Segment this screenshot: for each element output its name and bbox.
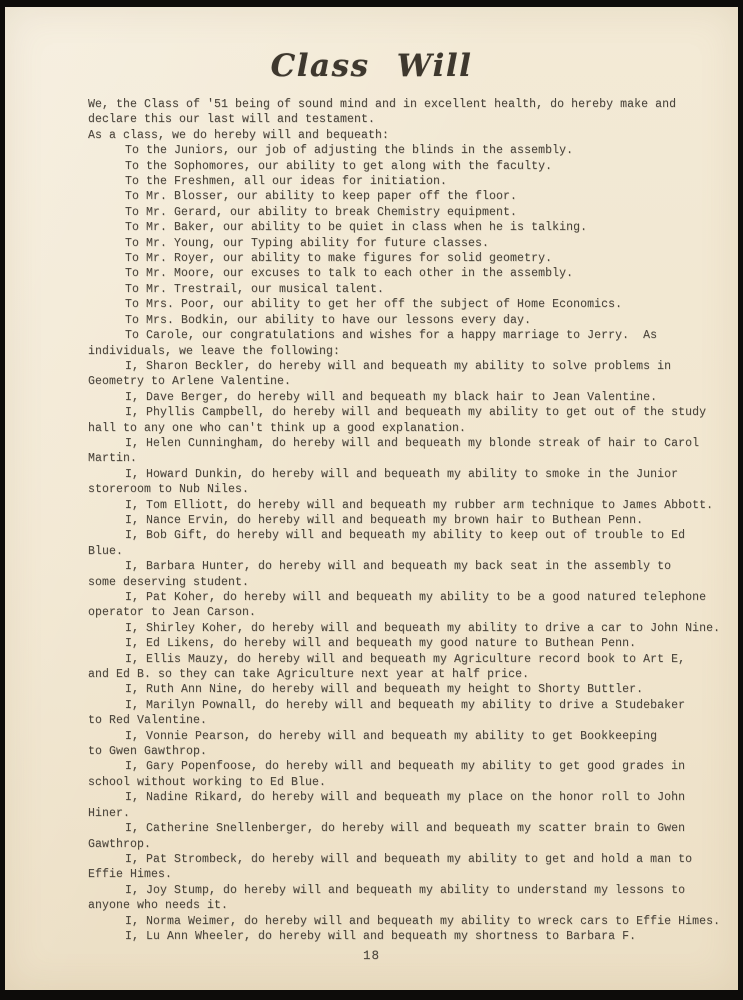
- paragraph: To Mr. Young, our Typing ability for fut…: [88, 236, 680, 251]
- text-line: I, Lu Ann Wheeler, do hereby will and be…: [88, 929, 680, 944]
- text-line: hall to any one who can't think up a goo…: [88, 421, 680, 436]
- text-line: To Mr. Moore, our excuses to talk to eac…: [88, 266, 680, 281]
- text-line: Effie Himes.: [88, 867, 680, 882]
- paragraph: To Mrs. Poor, our ability to get her off…: [88, 297, 680, 312]
- document-page: Class Will We, the Class of '51 being of…: [0, 0, 743, 1000]
- text-line: I, Tom Elliott, do hereby will and beque…: [88, 498, 680, 513]
- text-line: I, Phyllis Campbell, do hereby will and …: [88, 405, 680, 420]
- paragraph: I, Gary Popenfoose, do hereby will and b…: [88, 759, 680, 790]
- paragraph: To the Juniors, our job of adjusting the…: [88, 143, 680, 158]
- text-line: To the Sophomores, our ability to get al…: [88, 159, 680, 174]
- text-line: To Carole, our congratulations and wishe…: [88, 328, 680, 343]
- paragraph: To the Freshmen, all our ideas for initi…: [88, 174, 680, 189]
- text-line: I, Joy Stump, do hereby will and bequeat…: [88, 883, 680, 898]
- page-number: 18: [5, 949, 738, 963]
- text-line: I, Ellis Mauzy, do hereby will and beque…: [88, 652, 680, 667]
- page-title: Class Will: [5, 48, 738, 84]
- text-line: I, Nadine Rikard, do hereby will and beq…: [88, 790, 680, 805]
- text-line: To Mr. Blosser, our ability to keep pape…: [88, 189, 680, 204]
- text-line: I, Gary Popenfoose, do hereby will and b…: [88, 759, 680, 774]
- paragraph: I, Marilyn Pownall, do hereby will and b…: [88, 698, 680, 729]
- text-line: Hiner.: [88, 806, 680, 821]
- paragraph: I, Vonnie Pearson, do hereby will and be…: [88, 729, 680, 760]
- text-line: I, Barbara Hunter, do hereby will and be…: [88, 559, 680, 574]
- paragraph: As a class, we do hereby will and bequea…: [88, 128, 680, 143]
- text-line: to Gwen Gawthrop.: [88, 744, 680, 759]
- text-line: To Mr. Royer, our ability to make figure…: [88, 251, 680, 266]
- text-line: operator to Jean Carson.: [88, 605, 680, 620]
- paragraph: I, Pat Koher, do hereby will and bequeat…: [88, 590, 680, 621]
- text-line: and Ed B. so they can take Agriculture n…: [88, 667, 680, 682]
- text-line: Martin.: [88, 451, 680, 466]
- text-line: To Mrs. Poor, our ability to get her off…: [88, 297, 680, 312]
- paragraph: I, Ruth Ann Nine, do hereby will and beq…: [88, 682, 680, 697]
- text-line: I, Nance Ervin, do hereby will and beque…: [88, 513, 680, 528]
- text-line: To the Freshmen, all our ideas for initi…: [88, 174, 680, 189]
- paragraph: I, Bob Gift, do hereby will and bequeath…: [88, 528, 680, 559]
- paragraph: I, Catherine Snellenberger, do hereby wi…: [88, 821, 680, 852]
- text-line: I, Dave Berger, do hereby will and beque…: [88, 390, 680, 405]
- paragraph: To Mr. Gerard, our ability to break Chem…: [88, 205, 680, 220]
- text-line: To Mr. Trestrail, our musical talent.: [88, 282, 680, 297]
- text-line: To Mrs. Bodkin, our ability to have our …: [88, 313, 680, 328]
- text-line: We, the Class of '51 being of sound mind…: [88, 97, 680, 112]
- text-line: I, Marilyn Pownall, do hereby will and b…: [88, 698, 680, 713]
- paragraph: To Mrs. Bodkin, our ability to have our …: [88, 313, 680, 328]
- paragraph: I, Pat Strombeck, do hereby will and beq…: [88, 852, 680, 883]
- paragraph: To Mr. Baker, our ability to be quiet in…: [88, 220, 680, 235]
- text-line: To Mr. Baker, our ability to be quiet in…: [88, 220, 680, 235]
- will-text-body: We, the Class of '51 being of sound mind…: [88, 97, 680, 944]
- text-line: Blue.: [88, 544, 680, 559]
- paragraph: I, Barbara Hunter, do hereby will and be…: [88, 559, 680, 590]
- paragraph: To Carole, our congratulations and wishe…: [88, 328, 680, 359]
- text-line: declare this our last will and testament…: [88, 112, 680, 127]
- paragraph: To Mr. Moore, our excuses to talk to eac…: [88, 266, 680, 281]
- paragraph: We, the Class of '51 being of sound mind…: [88, 97, 680, 128]
- text-line: I, Sharon Beckler, do hereby will and be…: [88, 359, 680, 374]
- text-line: I, Helen Cunningham, do hereby will and …: [88, 436, 680, 451]
- text-line: Geometry to Arlene Valentine.: [88, 374, 680, 389]
- paragraph: I, Tom Elliott, do hereby will and beque…: [88, 498, 680, 513]
- text-line: I, Catherine Snellenberger, do hereby wi…: [88, 821, 680, 836]
- paragraph: I, Ed Likens, do hereby will and bequeat…: [88, 636, 680, 651]
- paragraph: To Mr. Royer, our ability to make figure…: [88, 251, 680, 266]
- text-line: To the Juniors, our job of adjusting the…: [88, 143, 680, 158]
- paragraph: I, Joy Stump, do hereby will and bequeat…: [88, 883, 680, 914]
- paragraph: I, Howard Dunkin, do hereby will and beq…: [88, 467, 680, 498]
- text-line: I, Bob Gift, do hereby will and bequeath…: [88, 528, 680, 543]
- text-line: school without working to Ed Blue.: [88, 775, 680, 790]
- text-line: I, Vonnie Pearson, do hereby will and be…: [88, 729, 680, 744]
- text-line: To Mr. Gerard, our ability to break Chem…: [88, 205, 680, 220]
- text-line: I, Ed Likens, do hereby will and bequeat…: [88, 636, 680, 651]
- text-line: I, Ruth Ann Nine, do hereby will and beq…: [88, 682, 680, 697]
- text-line: individuals, we leave the following:: [88, 344, 680, 359]
- text-line: To Mr. Young, our Typing ability for fut…: [88, 236, 680, 251]
- paragraph: I, Lu Ann Wheeler, do hereby will and be…: [88, 929, 680, 944]
- text-line: I, Shirley Koher, do hereby will and beq…: [88, 621, 680, 636]
- paragraph: I, Shirley Koher, do hereby will and beq…: [88, 621, 680, 636]
- text-line: anyone who needs it.: [88, 898, 680, 913]
- paragraph: I, Sharon Beckler, do hereby will and be…: [88, 359, 680, 390]
- text-line: I, Pat Strombeck, do hereby will and beq…: [88, 852, 680, 867]
- paragraph: To Mr. Blosser, our ability to keep pape…: [88, 189, 680, 204]
- text-line: As a class, we do hereby will and bequea…: [88, 128, 680, 143]
- paragraph: I, Dave Berger, do hereby will and beque…: [88, 390, 680, 405]
- paragraph: I, Nance Ervin, do hereby will and beque…: [88, 513, 680, 528]
- text-line: I, Howard Dunkin, do hereby will and beq…: [88, 467, 680, 482]
- paragraph: I, Ellis Mauzy, do hereby will and beque…: [88, 652, 680, 683]
- text-line: some deserving student.: [88, 575, 680, 590]
- paragraph: To the Sophomores, our ability to get al…: [88, 159, 680, 174]
- text-line: Gawthrop.: [88, 837, 680, 852]
- text-line: to Red Valentine.: [88, 713, 680, 728]
- paragraph: I, Helen Cunningham, do hereby will and …: [88, 436, 680, 467]
- paragraph: I, Norma Weimer, do hereby will and bequ…: [88, 914, 680, 929]
- text-line: storeroom to Nub Niles.: [88, 482, 680, 497]
- paragraph: I, Nadine Rikard, do hereby will and beq…: [88, 790, 680, 821]
- text-line: I, Norma Weimer, do hereby will and bequ…: [88, 914, 680, 929]
- paragraph: I, Phyllis Campbell, do hereby will and …: [88, 405, 680, 436]
- text-line: I, Pat Koher, do hereby will and bequeat…: [88, 590, 680, 605]
- paragraph: To Mr. Trestrail, our musical talent.: [88, 282, 680, 297]
